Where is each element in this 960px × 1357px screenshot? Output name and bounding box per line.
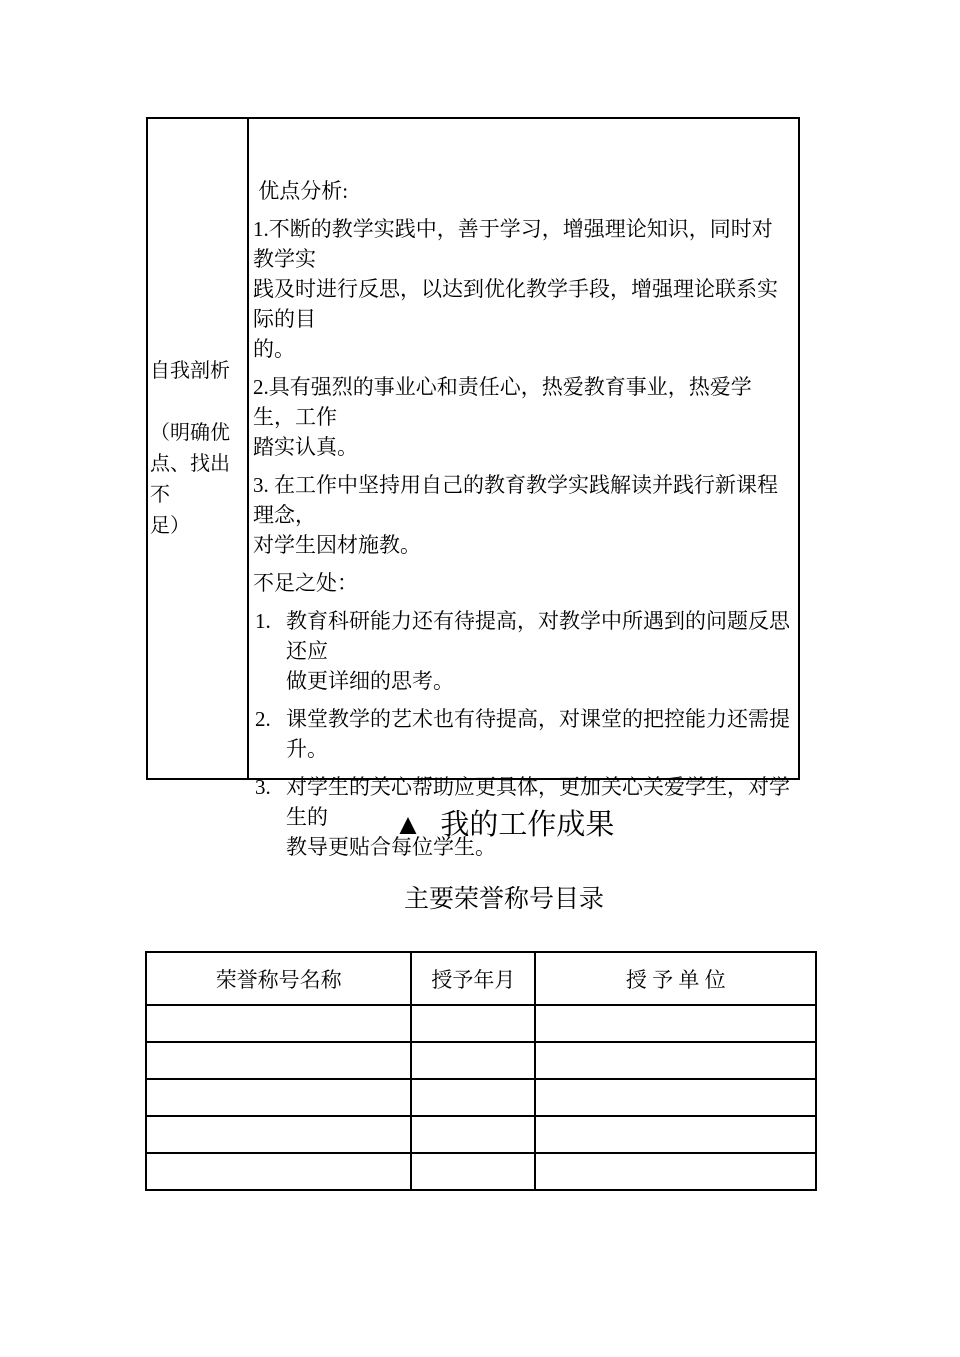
honors-empty-cell: [146, 1042, 411, 1079]
honors-empty-cell: [146, 1116, 411, 1153]
honors-empty-cell: [411, 1116, 535, 1153]
shortcoming-item-number: 2.: [253, 704, 286, 764]
advantage-paragraph: 2.具有强烈的事业心和责任心，热爱教育事业，热爱学生，工作 踏实认真。: [253, 372, 792, 462]
honors-empty-row: [146, 1042, 816, 1079]
honors-empty-cell: [146, 1079, 411, 1116]
work-results-heading-text: 我的工作成果: [440, 809, 614, 841]
honors-header-date: 授予年月: [411, 952, 535, 1005]
triangle-icon: ▲: [394, 809, 423, 841]
shortcoming-item: 1. 教育科研能力还有待提高，对教学中所遇到的问题反思还应 做更详细的思考。: [253, 606, 792, 696]
honors-empty-row: [146, 1116, 816, 1153]
work-results-heading: ▲我的工作成果: [24, 808, 960, 842]
honors-empty-cell: [535, 1005, 816, 1042]
advantage-paragraph: 3. 在工作中坚持用自己的教育教学实践解读并践行新课程理念， 对学生因材施教。: [253, 470, 792, 560]
self-analysis-table: 自我剖析 （明确优 点、找出不 足） 优点分析: 1.不断的教学实践中，善于学习…: [146, 117, 800, 780]
advantage-paragraph: 1.不断的教学实践中，善于学习，增强理论知识，同时对教学实 践及时进行反思，以达…: [253, 214, 792, 364]
shortcoming-item: 2. 课堂教学的艺术也有待提高，对课堂的把控能力还需提升。: [253, 704, 792, 764]
shortcoming-item-text: 教育科研能力还有待提高，对教学中所遇到的问题反思还应 做更详细的思考。: [286, 606, 792, 696]
honors-header-row: 荣誉称号名称 授予年月 授 予 单 位: [146, 952, 816, 1005]
honors-table-body: [146, 1005, 816, 1190]
honors-empty-cell: [411, 1153, 535, 1190]
honors-empty-row: [146, 1079, 816, 1116]
shortcomings-title: 不足之处：: [253, 568, 792, 598]
honors-empty-cell: [146, 1005, 411, 1042]
document-page: 自我剖析 （明确优 点、找出不 足） 优点分析: 1.不断的教学实践中，善于学习…: [0, 0, 960, 1357]
honors-empty-cell: [535, 1116, 816, 1153]
honors-directory-title: 主要荣誉称号目录: [24, 884, 960, 916]
honors-header-org: 授 予 单 位: [535, 952, 816, 1005]
honors-empty-cell: [411, 1042, 535, 1079]
honors-empty-cell: [411, 1079, 535, 1116]
self-analysis-content-cell: 优点分析: 1.不断的教学实践中，善于学习，增强理论知识，同时对教学实 践及时进…: [249, 119, 798, 778]
honors-empty-cell: [535, 1079, 816, 1116]
honors-empty-cell: [146, 1153, 411, 1190]
honors-empty-row: [146, 1005, 816, 1042]
honors-header-name: 荣誉称号名称: [146, 952, 411, 1005]
honors-empty-cell: [411, 1005, 535, 1042]
self-analysis-label-cell: 自我剖析 （明确优 点、找出不 足）: [148, 119, 249, 778]
advantages-title: 优点分析:: [253, 176, 792, 206]
honors-table: 荣誉称号名称 授予年月 授 予 单 位: [145, 951, 817, 1191]
shortcoming-item-number: 1.: [253, 606, 286, 696]
honors-empty-cell: [535, 1153, 816, 1190]
self-analysis-row-label: 自我剖析 （明确优 点、找出不 足）: [148, 356, 247, 542]
shortcoming-item-text: 课堂教学的艺术也有待提高，对课堂的把控能力还需提升。: [286, 704, 792, 764]
honors-empty-row: [146, 1153, 816, 1190]
honors-empty-cell: [535, 1042, 816, 1079]
